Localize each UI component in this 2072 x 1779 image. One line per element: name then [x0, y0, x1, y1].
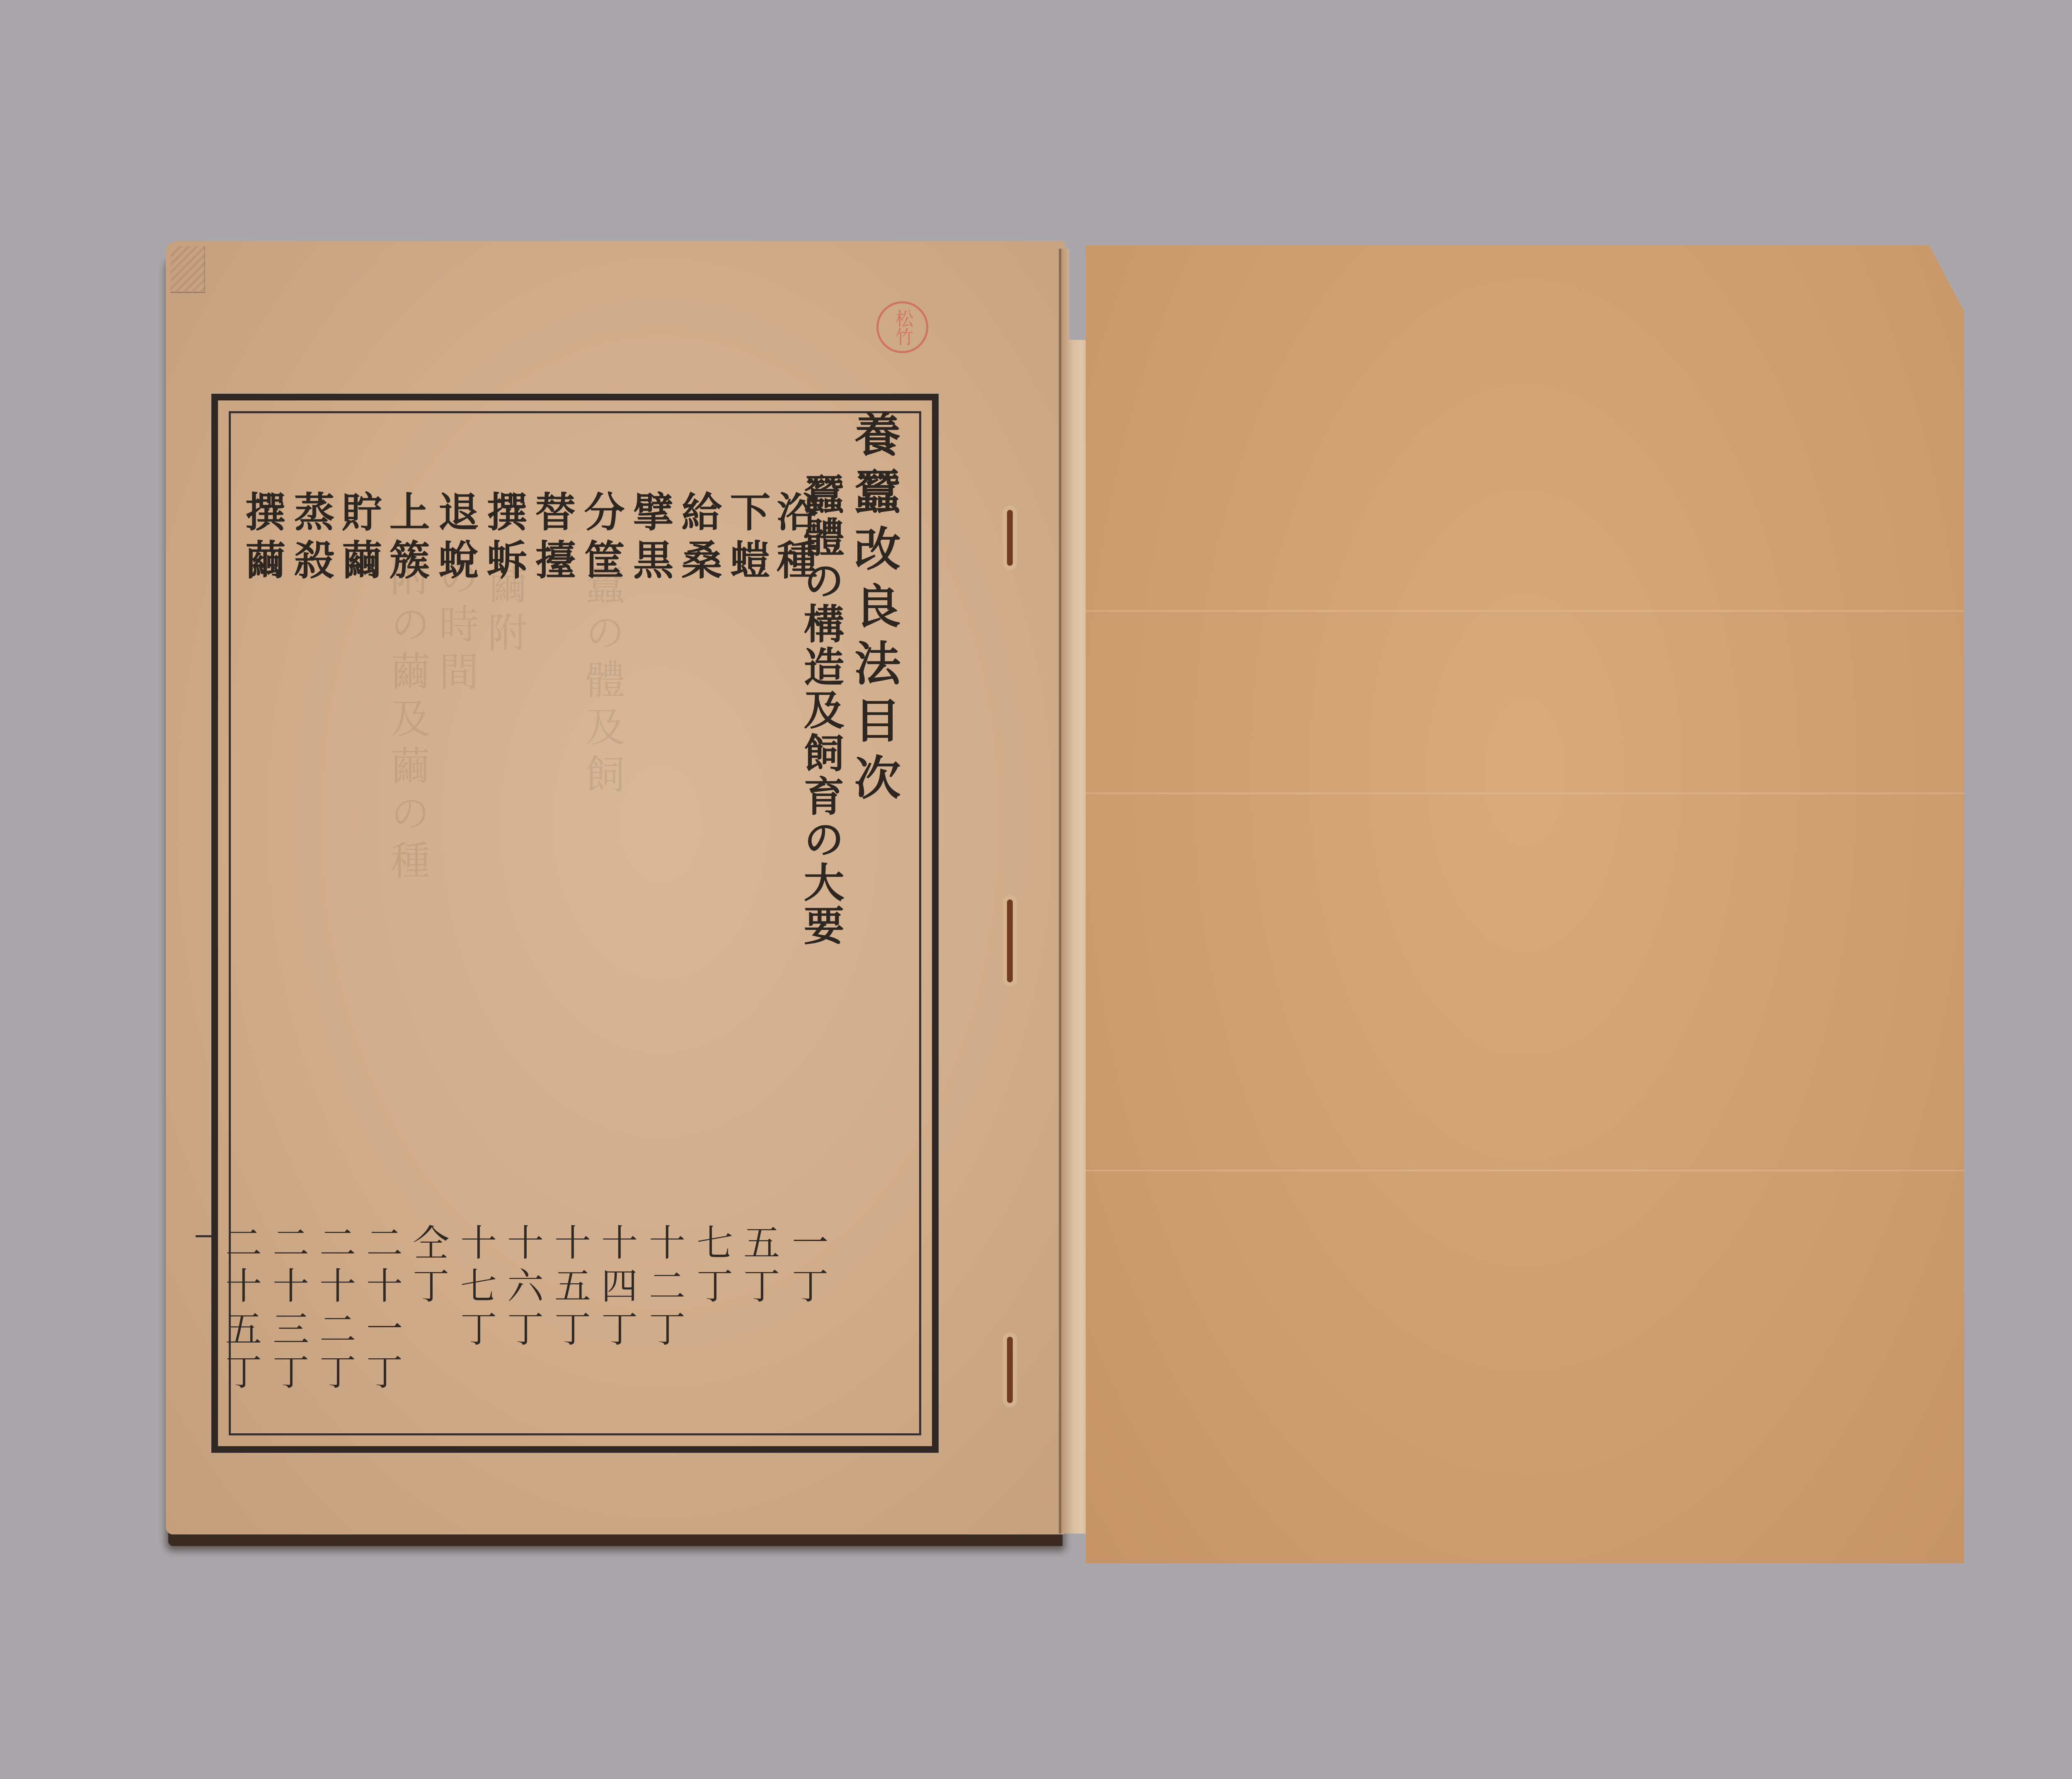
red-seal-stamp: 松竹	[876, 301, 928, 353]
toc-entry-page: 二十五丁	[215, 1224, 267, 1396]
toc-entry-page: 五丁	[733, 1224, 785, 1310]
toc-entry-page: 十二丁	[638, 1224, 690, 1353]
toc-entry-label: 撰繭	[233, 491, 291, 587]
toc-entry-page: 十六丁	[496, 1224, 549, 1353]
toc-entry-page: 一丁	[781, 1224, 833, 1310]
toc-title: 養蠶改良法目次	[840, 410, 907, 811]
bleed-through-text: 附の繭及繭の種	[379, 556, 436, 887]
bleed-through-text: の時間	[428, 556, 484, 698]
torn-spine-gap	[1069, 245, 1086, 340]
toc-entry-page: 十七丁	[450, 1224, 502, 1353]
toc-entry-page: 十五丁	[544, 1224, 596, 1353]
bleed-through-text: 繭附	[477, 565, 533, 659]
paper-wrinkle	[1086, 793, 1964, 794]
binding-stitch	[1007, 899, 1013, 982]
right-page-blank	[1086, 245, 1964, 1563]
toc-entry-page: 二十二丁	[309, 1224, 361, 1396]
paper-wrinkle	[1086, 1170, 1964, 1171]
binding-stitch	[1007, 1337, 1013, 1403]
toc-entry-page: 二十一丁	[356, 1224, 408, 1396]
toc-entry-page: 十四丁	[591, 1224, 643, 1353]
toc-entry-page: 七丁	[686, 1224, 738, 1310]
corner-crease	[171, 246, 205, 293]
bleed-through-text: 蠶の體及飼	[574, 565, 631, 801]
toc-entry-page: 二十三丁	[262, 1224, 314, 1396]
binding-stitch	[1007, 510, 1013, 566]
paper-wrinkle	[1086, 610, 1964, 612]
toc-entry-page: 仝丁	[402, 1224, 454, 1310]
left-page-toc: 松竹 養蠶改良法目次 蠶體の構造及飼育の大要 浴種 下螘 給桑 擘黒 分筐 替擡…	[166, 241, 1065, 1534]
